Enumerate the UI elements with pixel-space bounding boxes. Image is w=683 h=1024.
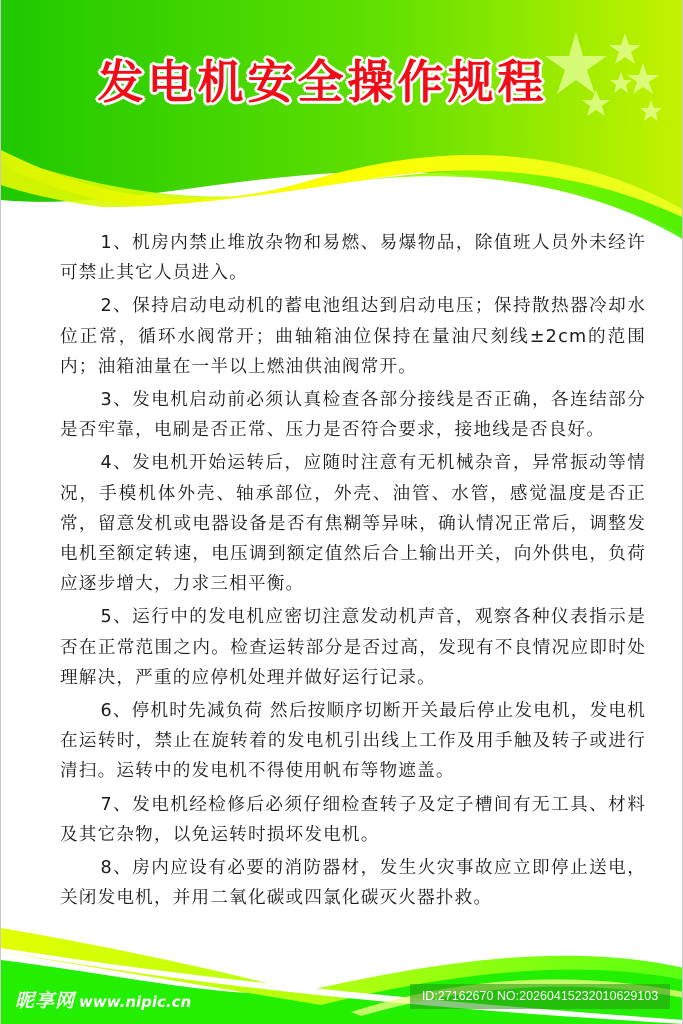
watermark-url: www.nipic.cn — [79, 993, 191, 1011]
rule-item: 6、停机时先减负荷 然后按顺序切断开关最后停止发电机，发电机在运转时，禁止在旋转… — [60, 696, 646, 787]
rule-item: 2、保持启动电动机的蓄电池组达到启动电压；保持散热器冷却水位正常，循环水阀常开；… — [60, 291, 646, 382]
watermark-logo: 昵享网www.nipic.cn — [15, 986, 191, 1013]
rule-item: 3、发电机启动前必须认真检查各部分接线是否正确，各连结部分是否牢靠，电刷是否正常… — [60, 385, 646, 445]
rule-item: 8、房内应设有必要的消防器材，发生火灾事故应立即停止送电，关闭发电机，并用二氧化… — [60, 853, 646, 913]
safety-poster: 发电机安全操作规程 1、机房内禁止堆放杂物和易燃、易爆物品，除值班人员外未经许可… — [0, 0, 683, 1024]
watermark-logo-text: 昵享网 — [15, 990, 75, 1012]
rules-list: 1、机房内禁止堆放杂物和易燃、易爆物品，除值班人员外未经许可禁止其它人员进入。 … — [60, 228, 646, 916]
rule-item: 1、机房内禁止堆放杂物和易燃、易爆物品，除值班人员外未经许可禁止其它人员进入。 — [60, 228, 646, 288]
rule-item: 4、发电机开始运转后，应随时注意有无机械杂音，异常振动等情况，手模机体外壳、轴承… — [60, 448, 646, 599]
rule-item: 7、发电机经检修后必须仔细检查转子及定子槽间有无工具、材料及其它杂物，以免运转时… — [60, 790, 646, 850]
watermark-id-badge: ID:27162670 NO:20260415232010629103 — [410, 984, 670, 1009]
poster-title: 发电机安全操作规程 — [0, 46, 664, 112]
rule-item: 5、运行中的发电机应密切注意发动机声音，观察各种仪表指示是否在正常范围之内。检查… — [60, 602, 646, 693]
